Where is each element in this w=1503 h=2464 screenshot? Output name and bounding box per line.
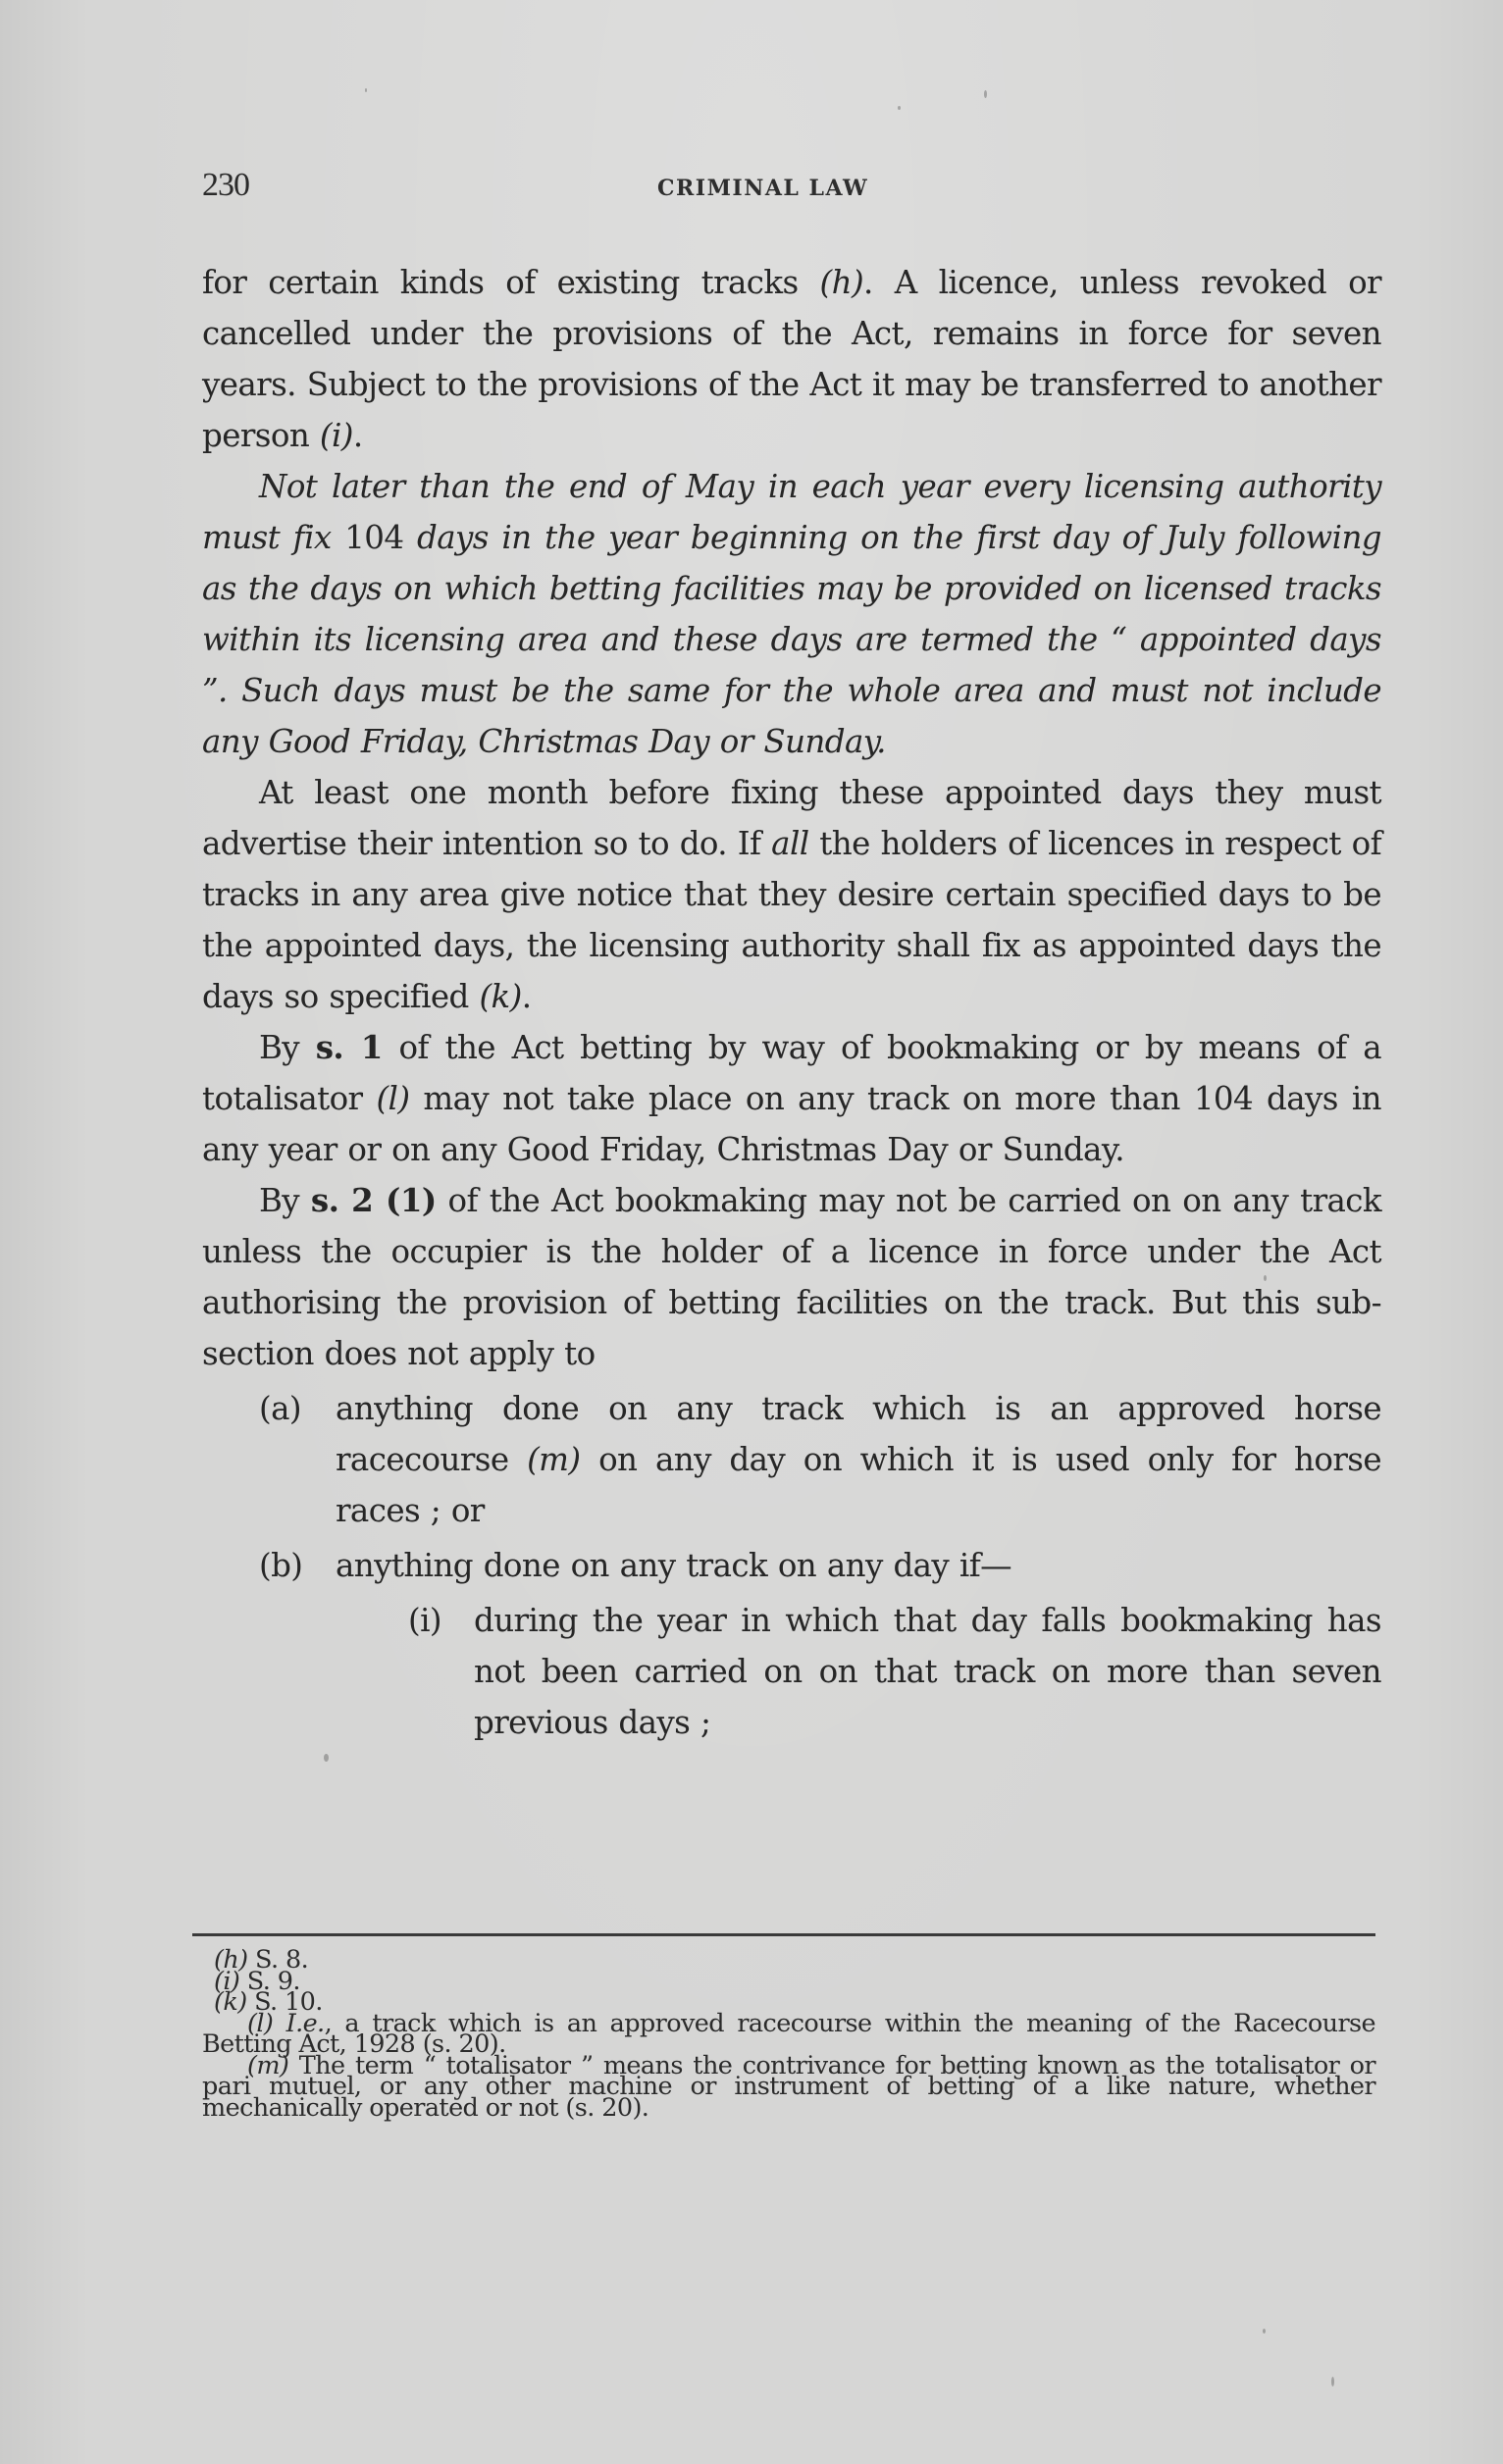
footnote-i: (i) S. 9. — [202, 1972, 1375, 1993]
footnote-l: (l) I.e., a track which is an approved r… — [202, 2014, 1375, 2056]
text: for certain kinds of existing tracks — [202, 264, 820, 301]
paragraph-section-1: By s. 1 of the Act betting by way of boo… — [202, 1022, 1381, 1175]
text: By — [259, 1029, 316, 1066]
section-ref: s. 2 (1) — [311, 1181, 437, 1219]
list-item-a: (a)anything done on any track which is a… — [202, 1383, 1381, 1536]
footnotes: (h) S. 8. (i) S. 9. (k) S. 10. (l) I.e.,… — [202, 1950, 1375, 2119]
list-item-b: (b)anything done on any track on any day… — [202, 1540, 1381, 1591]
list-label: (b) — [259, 1540, 302, 1591]
paper-speck — [324, 1754, 329, 1762]
footnote-m: (m) The term “ totalisator ” means the c… — [202, 2056, 1375, 2120]
paper-speck — [1263, 2329, 1266, 2334]
list-label: (i) — [408, 1595, 441, 1646]
paper-speck — [365, 88, 367, 92]
footnote-ref-h: (h) — [820, 264, 864, 301]
text: . — [522, 978, 532, 1015]
text: By — [259, 1182, 311, 1219]
paper-speck — [898, 106, 901, 110]
footnote-text: The term “ totalisator ” means the contr… — [202, 2051, 1375, 2123]
list-item-i: (i)during the year in which that day fal… — [202, 1595, 1381, 1748]
paragraph-licence-duration: for certain kinds of existing tracks (h)… — [202, 257, 1381, 461]
footnote-ref-k: (k) — [479, 978, 521, 1015]
page-number: 230 — [202, 167, 249, 204]
footnote-h: (h) S. 8. — [202, 1950, 1375, 1972]
text: . — [353, 417, 363, 454]
footnote-ref-m: (m) — [527, 1441, 580, 1478]
text: anything done on any track on any day if… — [336, 1547, 1011, 1584]
running-head: 230 CRIMINAL LAW — [202, 167, 1381, 206]
main-text: for certain kinds of existing tracks (h)… — [202, 257, 1381, 1752]
paper-speck — [1264, 1275, 1267, 1281]
paper-speck — [984, 90, 987, 98]
text: during the year in which that day falls … — [474, 1602, 1381, 1741]
footnote-divider — [192, 1933, 1375, 1936]
footnote-ref-l: (l) — [376, 1080, 409, 1117]
footnote-mark: (k) — [214, 1987, 247, 2017]
footnote-ref-i: (i) — [320, 417, 353, 454]
number-104: 104 — [344, 519, 403, 556]
section-ref: s. 1 — [316, 1028, 383, 1066]
paragraph-section-2: By s. 2 (1) of the Act bookmaking may no… — [202, 1175, 1381, 1379]
paragraph-appointed-days: Not later than the end of May in each ye… — [202, 461, 1381, 767]
paragraph-advertise: At least one month before fixing these a… — [202, 767, 1381, 1022]
list-label: (a) — [259, 1383, 301, 1434]
emphasis-all: all — [771, 825, 808, 862]
running-title: CRIMINAL LAW — [657, 176, 868, 201]
paper-speck — [1331, 2377, 1334, 2387]
